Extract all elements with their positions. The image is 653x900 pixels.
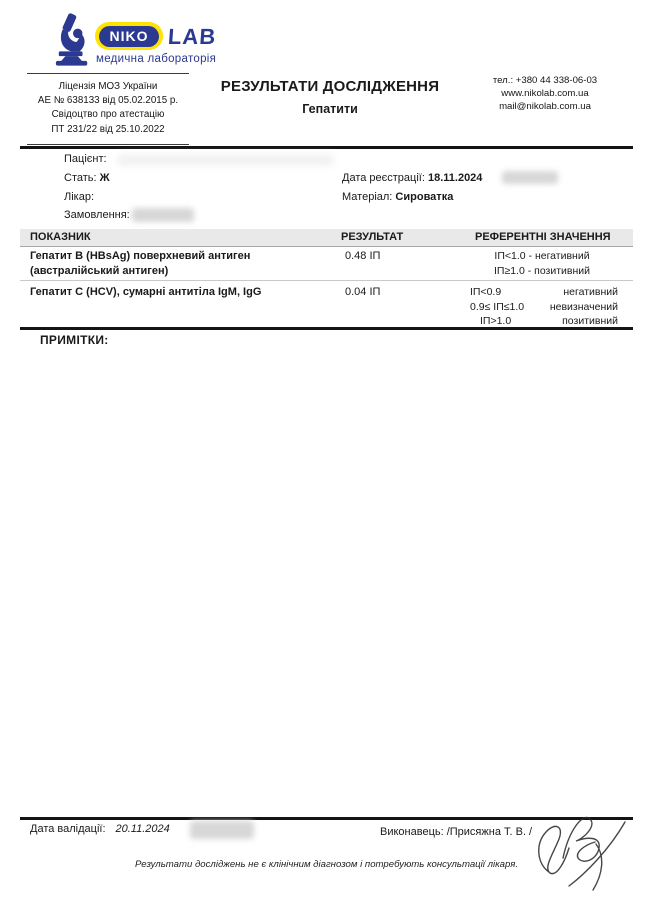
logo-lab-text: LAB xyxy=(167,24,217,50)
column-header-result: РЕЗУЛЬТАТ xyxy=(341,229,403,246)
test-result: 0.04 ІП xyxy=(345,285,380,300)
license-line: Ліцензія МОЗ України xyxy=(27,80,189,94)
test-name: Гепатит В (HBsAg) поверхневий антиген (а… xyxy=(30,249,330,278)
license-line: ПТ 231/22 від 25.10.2022 xyxy=(27,123,189,137)
registration-time-redacted xyxy=(502,171,558,184)
table-bottom-divider xyxy=(20,327,633,330)
test-result: 0.48 ІП xyxy=(345,249,380,264)
license-line: Свідоцтво про атестацію xyxy=(27,108,189,122)
reference-values: ІП<0.9 негативний 0.9≤ ІП≤1.0 невизначен… xyxy=(470,285,618,329)
license-line: АЕ № 638133 від 05.02.2015 р. xyxy=(27,94,189,108)
microscope-icon xyxy=(54,13,92,72)
reference-values: ІП<1.0 - негативний ІП≥1.0 - позитивний xyxy=(462,249,622,278)
column-header-reference: РЕФЕРЕНТНІ ЗНАЧЕННЯ xyxy=(475,229,611,246)
disclaimer-text: Результати досліджень не є клінічним діа… xyxy=(0,859,653,870)
order-line: Замовлення: xyxy=(64,209,130,221)
registration-date-line: Дата реєстрації: 18.11.2024 xyxy=(342,172,482,184)
logo-niko-pill: NIKO xyxy=(95,22,163,50)
executor-line: Виконавець: /Присяжна Т. В. / xyxy=(380,826,532,838)
table-header-row: ПОКАЗНИК РЕЗУЛЬТАТ РЕФЕРЕНТНІ ЗНАЧЕННЯ xyxy=(20,229,633,247)
contact-block: тел.: +380 44 338-06-03 www.nikolab.com.… xyxy=(472,75,618,113)
doctor-line: Лікар: xyxy=(64,191,94,203)
lab-report-page: NIKO LAB медична лабораторія Ліцензія МО… xyxy=(0,0,653,900)
header-divider xyxy=(20,146,633,149)
notes-heading: ПРИМІТКИ: xyxy=(40,333,109,347)
order-number-redacted xyxy=(132,208,194,222)
logo-niko-text: NIKO xyxy=(99,26,159,47)
contact-website: www.nikolab.com.ua xyxy=(472,88,618,101)
sex-line: Стать: Ж xyxy=(64,172,110,184)
document-title: РЕЗУЛЬТАТИ ДОСЛІДЖЕННЯ xyxy=(185,78,475,95)
logo-tagline: медична лабораторія xyxy=(96,53,216,65)
material-line: Матеріал: Сироватка xyxy=(342,191,453,203)
contact-email: mail@nikolab.com.ua xyxy=(472,101,618,114)
validation-time-redacted xyxy=(190,821,254,839)
validation-date-line: Дата валідації:20.11.2024 xyxy=(30,823,170,835)
license-box: Ліцензія МОЗ України АЕ № 638133 від 05.… xyxy=(27,73,189,145)
document-subtitle: Гепатити xyxy=(185,102,475,116)
row-divider xyxy=(20,280,633,281)
signature xyxy=(533,806,631,899)
patient-name-redacted xyxy=(118,155,333,165)
contact-phone: тел.: +380 44 338-06-03 xyxy=(472,75,618,88)
patient-label: Пацієнт: xyxy=(64,153,107,165)
column-header-indicator: ПОКАЗНИК xyxy=(30,229,91,246)
test-name: Гепатит С (HCV), сумарні антитіла IgM, I… xyxy=(30,285,330,300)
